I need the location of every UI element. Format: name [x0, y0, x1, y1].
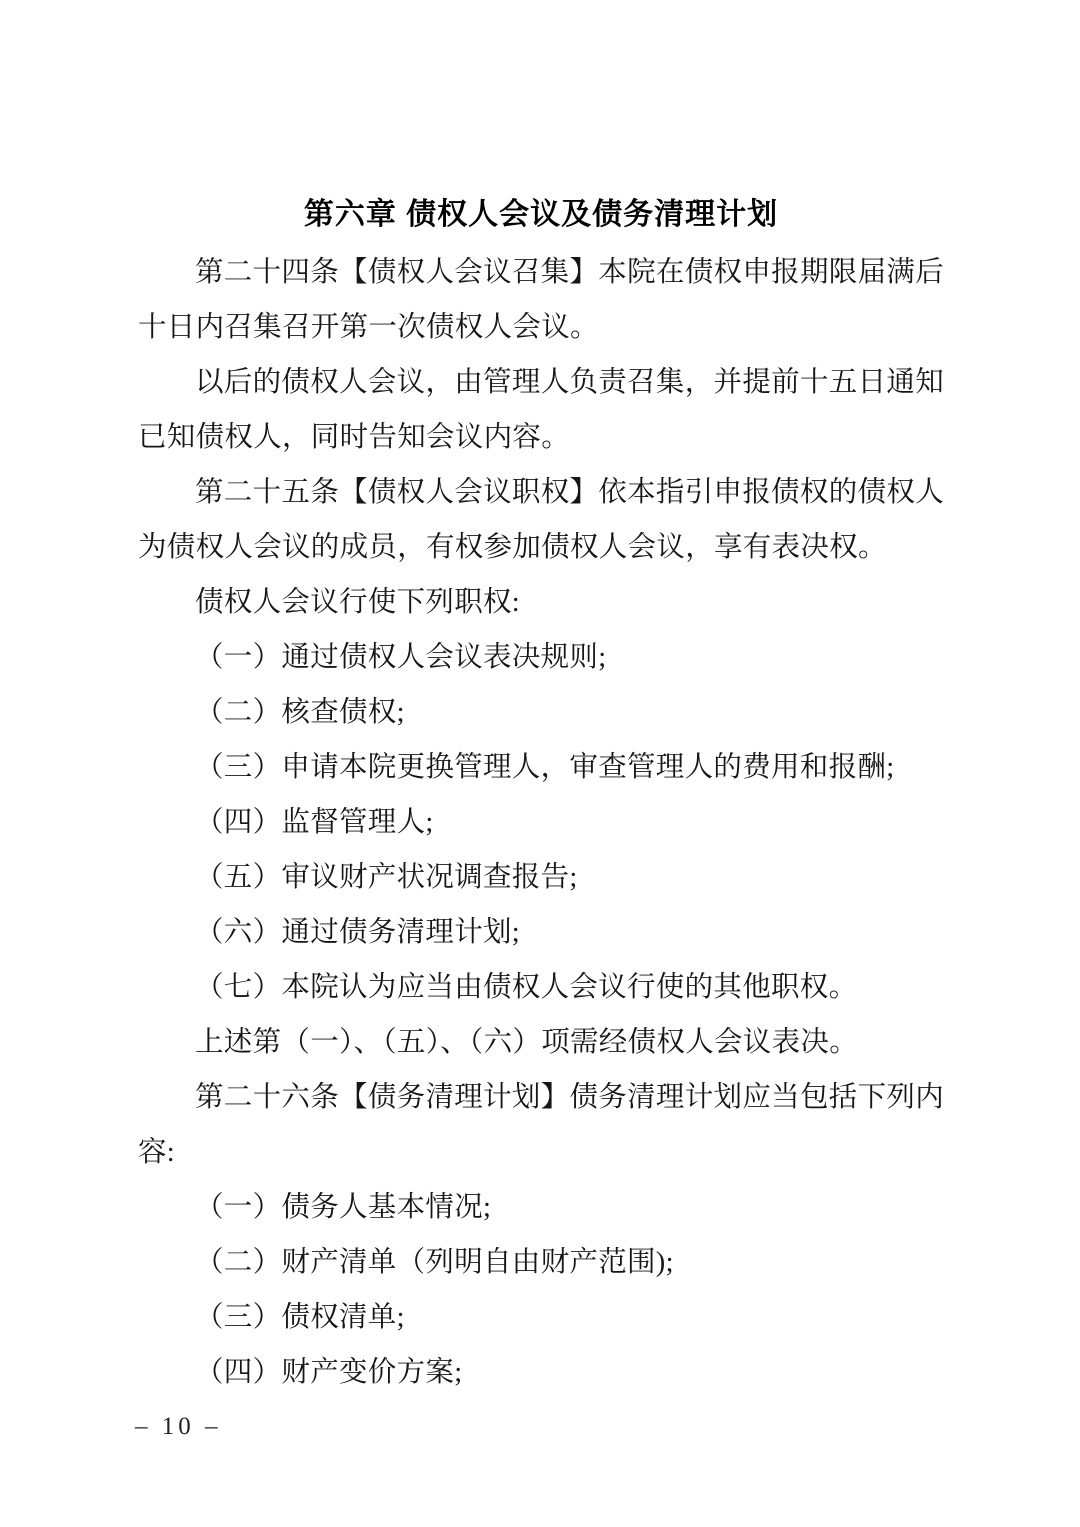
doc-list-item-3b: （三）债权清单;: [138, 1290, 944, 1345]
document-body: 第二十四条【债权人会议召集】本院在债权申报期限届满后十日内召集召开第一次债权人会…: [138, 245, 944, 1400]
doc-list-item-2: （二）核查债权;: [138, 685, 944, 740]
doc-list-item-2b: （二）财产清单（列明自由财产范围);: [138, 1235, 944, 1290]
doc-list-item-1: （一）通过债权人会议表决规则;: [138, 630, 944, 685]
doc-paragraph-article-26: 第二十六条【债务清理计划】债务清理计划应当包括下列内容:: [138, 1070, 944, 1180]
document-content: 第六章 债权人会议及债务清理计划 第二十四条【债权人会议召集】本院在债权申报期限…: [138, 0, 944, 1400]
doc-list-item-4b: （四）财产变价方案;: [138, 1345, 944, 1400]
doc-list-item-5: （五）审议财产状况调查报告;: [138, 850, 944, 905]
doc-paragraph: 上述第（一）、（五）、（六）项需经债权人会议表决。: [138, 1015, 944, 1070]
doc-paragraph-article-24: 第二十四条【债权人会议召集】本院在债权申报期限届满后十日内召集召开第一次债权人会…: [138, 245, 944, 355]
doc-paragraph: 以后的债权人会议，由管理人负责召集，并提前十五日通知已知债权人，同时告知会议内容…: [138, 355, 944, 465]
page-number: – 10 –: [135, 1412, 222, 1442]
chapter-title: 第六章 债权人会议及债务清理计划: [138, 185, 944, 245]
doc-list-item-6: （六）通过债务清理计划;: [138, 905, 944, 960]
doc-list-item-3: （三）申请本院更换管理人，审查管理人的费用和报酬;: [138, 740, 944, 795]
doc-list-item-4: （四）监督管理人;: [138, 795, 944, 850]
document-page: 第六章 债权人会议及债务清理计划 第二十四条【债权人会议召集】本院在债权申报期限…: [0, 0, 1080, 1527]
doc-list-item-7: （七）本院认为应当由债权人会议行使的其他职权。: [138, 960, 944, 1015]
doc-list-item-1b: （一）债务人基本情况;: [138, 1180, 944, 1235]
doc-paragraph: 债权人会议行使下列职权:: [138, 575, 944, 630]
doc-paragraph-article-25: 第二十五条【债权人会议职权】依本指引申报债权的债权人为债权人会议的成员，有权参加…: [138, 465, 944, 575]
